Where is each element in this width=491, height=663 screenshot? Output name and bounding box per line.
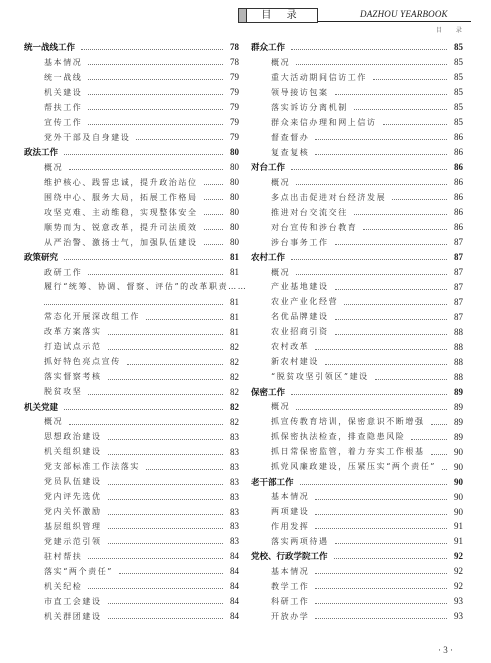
entry-label: 概况: [271, 267, 296, 278]
entry-label: 概况: [44, 162, 69, 173]
page-ref: 92: [447, 566, 463, 576]
dot-leader: [108, 513, 223, 515]
page-ref: 91: [447, 536, 463, 546]
toc-subentry[interactable]: 基本情况92: [251, 564, 463, 579]
entry-label: 党外干部及自身建设: [44, 132, 136, 143]
entry-label: 保密工作: [251, 386, 291, 398]
toc-subentry[interactable]: 推进对台交流交往86: [251, 205, 463, 220]
toc-subentry[interactable]: 宣传工作79: [24, 115, 239, 130]
page-ref: 87: [447, 237, 463, 247]
page-ref: 78: [223, 42, 239, 52]
toc-subentry[interactable]: 脱贫攻坚82: [24, 384, 239, 399]
dot-leader: [315, 348, 447, 350]
toc-section-entry[interactable]: 统一战线工作78: [24, 40, 239, 55]
toc-subentry[interactable]: 81: [24, 294, 239, 309]
page-ref: 83: [223, 521, 239, 531]
page-ref: 80: [223, 147, 239, 157]
toc-subentry[interactable]: 农业招商引资88: [251, 324, 463, 339]
dot-leader: [315, 572, 447, 574]
toc-subentry[interactable]: 党外干部及自身建设79: [24, 130, 239, 145]
entry-label: 推进对台交流交往: [271, 207, 354, 218]
page-ref: 83: [223, 447, 239, 457]
dot-leader: [108, 438, 223, 440]
page-ref: 81: [223, 312, 239, 322]
dot-leader: [88, 557, 223, 559]
dot-leader: [204, 183, 223, 185]
dot-leader: [88, 78, 223, 80]
page-ref: 89: [447, 387, 463, 397]
toc-subentry[interactable]: 涉台事务工作87: [251, 235, 463, 250]
entry-label: 脱贫攻坚: [44, 386, 88, 397]
page-ref: 87: [447, 252, 463, 262]
entry-label: 两项建设: [271, 506, 315, 517]
entry-label: 概况: [44, 416, 69, 427]
dot-leader: [44, 303, 223, 305]
entry-label: 落实“两个责任”: [44, 566, 119, 577]
toc-section-entry[interactable]: 政法工作80: [24, 145, 239, 160]
dot-leader: [315, 527, 447, 529]
dot-leader: [296, 183, 447, 185]
page-ref: 82: [223, 342, 239, 352]
toc-subentry[interactable]: 开放办学93: [251, 609, 463, 624]
page-ref: 93: [447, 611, 463, 621]
toc-subentry[interactable]: 党建示范引领83: [24, 534, 239, 549]
page-ref: 83: [223, 507, 239, 517]
dot-leader: [375, 378, 447, 380]
page-ref: 80: [223, 222, 239, 232]
entry-label: 机关群团建设: [44, 611, 108, 622]
dot-leader: [64, 258, 223, 260]
entry-label: 打造试点示范: [44, 341, 108, 352]
entry-label: 党内关怀激励: [44, 506, 108, 517]
dot-leader: [88, 108, 223, 110]
page-ref: 83: [223, 536, 239, 546]
page-ref: 85: [447, 57, 463, 67]
dot-leader: [296, 63, 447, 65]
dot-leader: [204, 228, 223, 230]
dot-leader: [108, 378, 223, 380]
toc-subentry[interactable]: 履行“统筹、协调、督察、评估”的改革职责……: [24, 280, 239, 295]
entry-label: 基本情况: [44, 57, 88, 68]
toc-section-entry[interactable]: 机关党建82: [24, 399, 239, 414]
page-ref: 78: [223, 57, 239, 67]
entry-label: 市直工会建设: [44, 596, 108, 607]
toc-subentry[interactable]: 科研工作93: [251, 594, 463, 609]
toc-subentry[interactable]: 攻坚克难、主动维稳，实现整体安全80: [24, 205, 239, 220]
dot-leader: [146, 318, 223, 320]
toc-subentry[interactable]: 基层组织管理83: [24, 519, 239, 534]
page-ref: 83: [223, 492, 239, 502]
entry-label: 教学工作: [271, 581, 315, 592]
page-ref: 83: [223, 477, 239, 487]
page-ref: 86: [447, 222, 463, 232]
dot-leader: [108, 333, 223, 335]
page-ref: 80: [223, 192, 239, 202]
entry-label: 政法工作: [24, 146, 64, 158]
toc-section-entry[interactable]: 保密工作89: [251, 384, 463, 399]
dot-leader: [88, 123, 223, 125]
entry-label: 抓好特色亮点宣传: [44, 356, 127, 367]
toc-subentry[interactable]: 新农村建设88: [251, 354, 463, 369]
toc-subentry[interactable]: 概况85: [251, 55, 463, 70]
toc-subentry[interactable]: 复查复核86: [251, 145, 463, 160]
dot-leader: [136, 138, 223, 140]
dot-leader: [411, 438, 447, 440]
toc-subentry[interactable]: 抓党风廉政建设，压紧压实“两个责任”90: [251, 459, 463, 474]
entry-label: 领导接访包案: [271, 87, 335, 98]
entry-label: 抓宣传教育培训，保密意识不断增强: [271, 416, 431, 427]
toc-subentry[interactable]: 教学工作92: [251, 579, 463, 594]
entry-label: 概况: [271, 177, 296, 188]
dot-leader: [296, 408, 447, 410]
dot-leader: [392, 198, 447, 200]
page-ref: 84: [223, 596, 239, 606]
entry-label: 机关组织建设: [44, 446, 108, 457]
dot-leader: [383, 123, 447, 125]
page-ref: 89: [447, 417, 463, 427]
page-ref: 87: [447, 297, 463, 307]
dot-leader: [344, 303, 447, 305]
dot-leader: [300, 483, 447, 485]
entry-label: 思想政治建设: [44, 431, 108, 442]
page-ref: 90: [447, 492, 463, 502]
dot-leader: [204, 198, 223, 200]
toc-subentry[interactable]: 党内评先选优83: [24, 489, 239, 504]
entry-label: “脱贫攻坚引领区”建设: [271, 371, 375, 382]
toc-subentry[interactable]: 机关群团建设84: [24, 609, 239, 624]
toc-subentry[interactable]: 重大活动期间信访工作85: [251, 70, 463, 85]
toc-subentry[interactable]: 概况87: [251, 265, 463, 280]
page-ref: 81: [223, 327, 239, 337]
dot-leader: [431, 423, 447, 425]
entry-label: 督查督办: [271, 132, 315, 143]
dot-leader: [335, 333, 447, 335]
toc-subentry[interactable]: 落实“两个责任”84: [24, 564, 239, 579]
section-title: 目 录: [247, 9, 317, 22]
toc-subentry[interactable]: 概况89: [251, 399, 463, 414]
dot-leader: [291, 258, 447, 260]
entry-label: 党内评先选优: [44, 491, 108, 502]
dot-leader: [335, 542, 447, 544]
toc-subentry[interactable]: 机关建设79: [24, 85, 239, 100]
entry-label: 帮扶工作: [44, 102, 88, 113]
entry-label: 抓党风廉政建设，压紧压实“两个责任”: [271, 461, 442, 472]
toc-subentry[interactable]: 维护核心、践誓忠诚，提升政治站位80: [24, 175, 239, 190]
toc-subentry[interactable]: 领导接访包案85: [251, 85, 463, 100]
toc-section-entry[interactable]: 农村工作87: [251, 250, 463, 265]
toc-subentry[interactable]: 抓好特色亮点宣传82: [24, 354, 239, 369]
page-ref: 80: [223, 237, 239, 247]
entry-label: 驻村帮扶: [44, 551, 88, 562]
toc-subentry[interactable]: 概况86: [251, 175, 463, 190]
entry-label: 机关党建: [24, 401, 64, 413]
toc-section-entry[interactable]: 对台工作86: [251, 160, 463, 175]
page-ref: 81: [223, 252, 239, 262]
toc-subentry[interactable]: 抓宣传教育培训，保密意识不断增强89: [251, 414, 463, 429]
entry-label: 围绕中心、服务大局，拓展工作格局: [44, 192, 204, 203]
toc-subentry[interactable]: 督查督办86: [251, 130, 463, 145]
page-ref: 91: [447, 521, 463, 531]
page-ref: 88: [447, 327, 463, 337]
entry-label: 名优品牌建设: [271, 311, 335, 322]
entry-label: 概况: [271, 57, 296, 68]
entry-label: 开放办学: [271, 611, 315, 622]
entry-label: 基本情况: [271, 566, 315, 577]
entry-label: 政研工作: [44, 267, 88, 278]
toc-subentry[interactable]: 基本情况78: [24, 55, 239, 70]
page-ref: 89: [447, 432, 463, 442]
toc-right-column: 群众工作85概况85重大活动期间信访工作85领导接访包案85落实诉访分离机制85…: [251, 40, 463, 624]
dot-leader: [108, 498, 223, 500]
page-ref: 86: [447, 132, 463, 142]
page-ref: 86: [447, 177, 463, 187]
dot-leader: [204, 243, 223, 245]
entry-label: 老干部工作: [251, 476, 300, 488]
entry-label: 抓保密执法检查，排查隐患风险: [271, 431, 411, 442]
entry-label: 攻坚克难、主动维稳，实现整体安全: [44, 207, 204, 218]
entry-label: 新农村建设: [271, 356, 325, 367]
page-ref: 83: [223, 462, 239, 472]
entry-label: 从严治警、激扬士气，加强队伍建设: [44, 237, 204, 248]
dot-leader: [325, 363, 447, 365]
entry-label: 履行“统筹、协调、督察、评估”的改革职责……: [44, 281, 253, 292]
entry-label: 重大活动期间信访工作: [271, 72, 373, 83]
page-ref: 82: [223, 357, 239, 367]
page-ref: 84: [223, 551, 239, 561]
header-rule: [318, 21, 471, 22]
toc-subentry[interactable]: 落实督察考核82: [24, 369, 239, 384]
dot-leader: [354, 213, 447, 215]
header-subtitle: 目 录: [436, 25, 468, 34]
toc-section-entry[interactable]: 党校、行政学院工作92: [251, 549, 463, 564]
page-ref: 87: [447, 312, 463, 322]
entry-label: 改革方案落实: [44, 326, 108, 337]
page-ref: 88: [447, 357, 463, 367]
title-tab-marker: [239, 9, 247, 22]
dot-leader: [88, 393, 223, 395]
page-ref: 88: [447, 372, 463, 382]
dot-leader: [69, 423, 223, 425]
dot-leader: [335, 93, 447, 95]
toc-subentry[interactable]: 市直工会建设84: [24, 594, 239, 609]
entry-label: 维护核心、践誓忠诚，提升政治站位: [44, 177, 204, 188]
toc-subentry[interactable]: 驻村帮扶84: [24, 549, 239, 564]
entry-label: 落实督察考核: [44, 371, 108, 382]
dot-leader: [315, 138, 447, 140]
entry-label: 统一战线工作: [24, 41, 81, 53]
page-ref: 89: [447, 402, 463, 412]
toc-section-entry[interactable]: 政策研究81: [24, 250, 239, 265]
toc-subentry[interactable]: 概况82: [24, 414, 239, 429]
page-ref: 86: [447, 192, 463, 202]
toc-subentry[interactable]: 顺势而为、锐意改革，提升司法质效80: [24, 220, 239, 235]
dot-leader: [291, 168, 447, 170]
entry-label: 对台工作: [251, 161, 291, 173]
entry-label: 农村改革: [271, 341, 315, 352]
toc-subentry[interactable]: 多点出击促进对台经济发展86: [251, 190, 463, 205]
page-ref: 82: [223, 417, 239, 427]
page-ref: 83: [223, 432, 239, 442]
dot-leader: [315, 617, 447, 619]
dot-leader: [88, 63, 223, 65]
toc-subentry[interactable]: 改革方案落实81: [24, 324, 239, 339]
entry-label: 农业产业化经营: [271, 296, 344, 307]
page-ref: 79: [223, 87, 239, 97]
toc-subentry[interactable]: 政研工作81: [24, 265, 239, 280]
toc-subentry[interactable]: 机关组织建设83: [24, 444, 239, 459]
toc-subentry[interactable]: 落实诉访分离机制85: [251, 100, 463, 115]
toc-subentry[interactable]: 常态化开展深改组工作81: [24, 309, 239, 324]
dot-leader: [334, 557, 447, 559]
page-ref: 84: [223, 611, 239, 621]
dot-leader: [108, 602, 223, 604]
toc-subentry[interactable]: 抓保密执法检查，排查隐患风险89: [251, 429, 463, 444]
entry-label: 抓日常保密监管，着力夯实工作根基: [271, 446, 431, 457]
page-ref: 79: [223, 132, 239, 142]
dot-leader: [335, 243, 447, 245]
toc-subentry[interactable]: 基本情况90: [251, 489, 463, 504]
entry-label: 党校、行政学院工作: [251, 550, 334, 562]
toc-subentry[interactable]: 从严治警、激扬士气，加强队伍建设80: [24, 235, 239, 250]
toc-subentry[interactable]: 对台宣传和涉台教育86: [251, 220, 463, 235]
toc-subentry[interactable]: 产业基地建设87: [251, 280, 463, 295]
toc-subentry[interactable]: 概况80: [24, 160, 239, 175]
toc-subentry[interactable]: 两项建设90: [251, 504, 463, 519]
toc-subentry[interactable]: 党内关怀激励83: [24, 504, 239, 519]
dot-leader: [431, 453, 447, 455]
page-ref: 85: [447, 42, 463, 52]
page-ref: 79: [223, 72, 239, 82]
section-title-box: 目 录: [238, 8, 318, 23]
toc-left-column: 统一战线工作78基本情况78统一战线79机关建设79帮扶工作79宣传工作79党外…: [24, 40, 239, 624]
dot-leader: [88, 93, 223, 95]
entry-label: 对台宣传和涉台教育: [271, 222, 363, 233]
page-ref: 86: [447, 147, 463, 157]
page-ref: 82: [223, 372, 239, 382]
dot-leader: [335, 288, 447, 290]
dot-leader: [315, 587, 447, 589]
page-ref: 84: [223, 566, 239, 576]
dot-leader: [354, 108, 447, 110]
entry-label: 群众工作: [251, 41, 291, 53]
toc-subentry[interactable]: 思想政治建设83: [24, 429, 239, 444]
dot-leader: [119, 572, 223, 574]
dot-leader: [146, 468, 223, 470]
page-ref: 85: [447, 87, 463, 97]
page-ref: 79: [223, 117, 239, 127]
page-ref: 90: [447, 477, 463, 487]
dot-leader: [204, 213, 223, 215]
toc-subentry[interactable]: 打造试点示范82: [24, 339, 239, 354]
entry-label: 多点出击促进对台经济发展: [271, 192, 392, 203]
dot-leader: [363, 228, 447, 230]
toc-subentry[interactable]: 围绕中心、服务大局，拓展工作格局80: [24, 190, 239, 205]
entry-label: 常态化开展深改组工作: [44, 311, 146, 322]
dot-leader: [108, 527, 223, 529]
page-ref: 82: [223, 387, 239, 397]
entry-label: 作用发挥: [271, 521, 315, 532]
page-ref: 88: [447, 342, 463, 352]
toc-subentry[interactable]: 农业产业化经营87: [251, 294, 463, 309]
dot-leader: [81, 48, 223, 50]
page-ref: 90: [447, 507, 463, 517]
dot-leader: [69, 168, 223, 170]
page-ref: 80: [223, 162, 239, 172]
page-ref: 92: [447, 581, 463, 591]
toc-subentry[interactable]: “脱贫攻坚引领区”建设88: [251, 369, 463, 384]
dot-leader: [315, 153, 447, 155]
dot-leader: [373, 78, 447, 80]
page-ref: 93: [447, 596, 463, 606]
toc-subentry[interactable]: 帮扶工作79: [24, 100, 239, 115]
dot-leader: [291, 48, 447, 50]
toc-subentry[interactable]: 抓日常保密监管，着力夯实工作根基90: [251, 444, 463, 459]
toc-subentry[interactable]: 群众来信办理和网上信访85: [251, 115, 463, 130]
toc-subentry[interactable]: 党支部标准工作法落实83: [24, 459, 239, 474]
page-ref: 86: [447, 207, 463, 217]
entry-label: 落实诉访分离机制: [271, 102, 354, 113]
page-ref: 82: [223, 402, 239, 412]
toc-subentry[interactable]: 农村改革88: [251, 339, 463, 354]
page-ref: 85: [447, 117, 463, 127]
entry-label: 复查复核: [271, 147, 315, 158]
toc-subentry[interactable]: 统一战线79: [24, 70, 239, 85]
toc-subentry[interactable]: 党员队伍建设83: [24, 474, 239, 489]
entry-label: 基层组织管理: [44, 521, 108, 532]
page-ref: 81: [223, 267, 239, 277]
toc-subentry[interactable]: 名优品牌建设87: [251, 309, 463, 324]
dot-leader: [315, 513, 447, 515]
entry-label: 农业招商引资: [271, 326, 335, 337]
page-ref: 86: [447, 162, 463, 172]
yearbook-title: DAZHOU YEARBOOK: [360, 9, 448, 19]
page-ref: 85: [447, 102, 463, 112]
entry-label: 机关纪检: [44, 581, 88, 592]
dot-leader: [108, 542, 223, 544]
page-ref: 80: [223, 207, 239, 217]
page-ref: 80: [223, 177, 239, 187]
entry-label: 统一战线: [44, 72, 88, 83]
entry-label: 政策研究: [24, 251, 64, 263]
entry-label: 党支部标准工作法落实: [44, 461, 146, 472]
toc-section-entry[interactable]: 群众工作85: [251, 40, 463, 55]
dot-leader: [296, 273, 447, 275]
entry-label: 顺势而为、锐意改革，提升司法质效: [44, 222, 204, 233]
dot-leader: [88, 587, 223, 589]
entry-label: 党建示范引领: [44, 536, 108, 547]
dot-leader: [64, 408, 223, 410]
toc-subentry[interactable]: 落实两项待遇91: [251, 534, 463, 549]
entry-label: 机关建设: [44, 87, 88, 98]
dot-leader: [335, 318, 447, 320]
page-ref: 90: [447, 462, 463, 472]
page-ref: 87: [447, 267, 463, 277]
page-ref: 81: [223, 297, 239, 307]
entry-label: 科研工作: [271, 596, 315, 607]
page-ref: 84: [223, 581, 239, 591]
dot-leader: [127, 363, 223, 365]
toc-subentry[interactable]: 机关纪检84: [24, 579, 239, 594]
dot-leader: [88, 273, 223, 275]
dot-leader: [108, 348, 223, 350]
entry-label: 概况: [271, 401, 296, 412]
toc-subentry[interactable]: 作用发挥91: [251, 519, 463, 534]
page-ref: 87: [447, 282, 463, 292]
dot-leader: [108, 453, 223, 455]
dot-leader: [64, 153, 223, 155]
toc-section-entry[interactable]: 老干部工作90: [251, 474, 463, 489]
entry-label: 宣传工作: [44, 117, 88, 128]
